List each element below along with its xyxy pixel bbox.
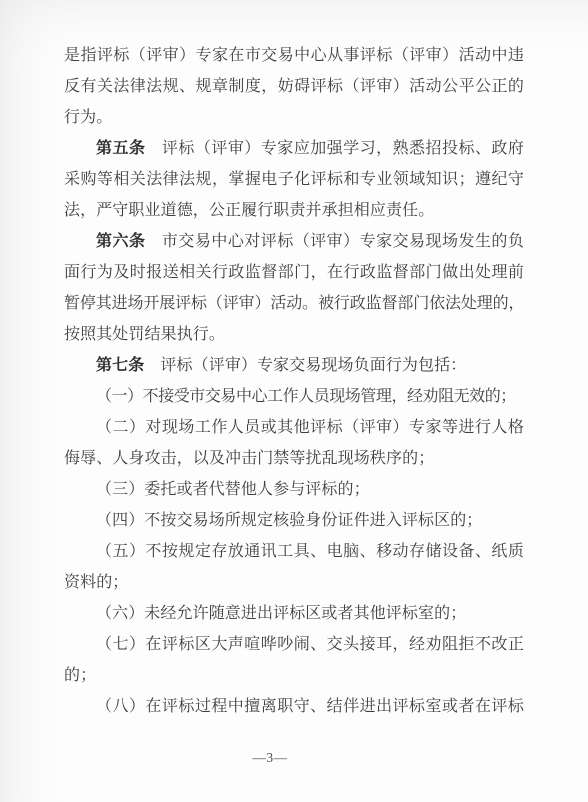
paragraph: （四）不按交易场所规定核验身份证件进入评标区的；	[64, 505, 524, 536]
paragraph: 第六条 市交易中心对评标（评审）专家交易现场发生的负面行为及时报送相关行政监督部…	[64, 226, 524, 350]
page-number: —3—	[0, 750, 540, 766]
paragraph: 是指评标（评审）专家在市交易中心从事评标（评审）活动中违反有关法律法规、规章制度…	[64, 40, 524, 133]
text-line: 反有关法律法规、规章制度，妨碍评标（评审）活动公平公正的	[64, 71, 524, 102]
document-page: 是指评标（评审）专家在市交易中心从事评标（评审）活动中违反有关法律法规、规章制度…	[0, 0, 588, 802]
text-line: （三）委托或者代替他人参与评标的；	[64, 474, 524, 505]
text-line: 的；	[64, 660, 524, 691]
article-number-label: 第七条	[96, 357, 144, 374]
paragraph: （三）委托或者代替他人参与评标的；	[64, 474, 524, 505]
text-line: 资料的；	[64, 567, 524, 598]
text-line: （二）对现场工作人员或其他评标（评审）专家等进行人格	[64, 412, 524, 443]
text-line: 第五条 评标（评审）专家应加强学习，熟悉招投标、政府	[64, 133, 524, 164]
text-line: （五）不按规定存放通讯工具、电脑、移动存储设备、纸质	[64, 536, 524, 567]
text-line: （一）不接受市交易中心工作人员现场管理，经劝阻无效的；	[64, 381, 524, 412]
text-line: 面行为及时报送相关行政监督部门，在行政监督部门做出处理前	[64, 257, 524, 288]
text-line: 是指评标（评审）专家在市交易中心从事评标（评审）活动中违	[64, 40, 524, 71]
text-line: 第七条 评标（评审）专家交易现场负面行为包括：	[64, 350, 524, 381]
document-body: 是指评标（评审）专家在市交易中心从事评标（评审）活动中违反有关法律法规、规章制度…	[64, 40, 524, 722]
text-line: 法，严守职业道德，公正履行职责并承担相应责任。	[64, 195, 524, 226]
paragraph: 第七条 评标（评审）专家交易现场负面行为包括：	[64, 350, 524, 381]
paragraph: （八）在评标过程中擅离职守、结伴进出评标室或者在评标	[64, 691, 524, 722]
paragraph: （六）未经允许随意进出评标区或者其他评标室的；	[64, 598, 524, 629]
paragraph: （七）在评标区大声喧哗吵闹、交头接耳，经劝阻拒不改正的；	[64, 629, 524, 691]
text-line: 按照其处罚结果执行。	[64, 319, 524, 350]
paragraph: 第五条 评标（评审）专家应加强学习，熟悉招投标、政府采购等相关法律法规，掌握电子…	[64, 133, 524, 226]
text-line: 侮辱、人身攻击，以及冲击门禁等扰乱现场秩序的；	[64, 443, 524, 474]
text-line: （四）不按交易场所规定核验身份证件进入评标区的；	[64, 505, 524, 536]
paragraph: （二）对现场工作人员或其他评标（评审）专家等进行人格侮辱、人身攻击，以及冲击门禁…	[64, 412, 524, 474]
paragraph: （一）不接受市交易中心工作人员现场管理，经劝阻无效的；	[64, 381, 524, 412]
text-line: （六）未经允许随意进出评标区或者其他评标室的；	[64, 598, 524, 629]
text-line: 暂停其进场开展评标（评审）活动。被行政监督部门依法处理的，	[64, 288, 524, 319]
article-number-label: 第五条	[96, 140, 145, 157]
text-line: （八）在评标过程中擅离职守、结伴进出评标室或者在评标	[64, 691, 524, 722]
text-line: 采购等相关法律法规，掌握电子化评标和专业领域知识；遵纪守	[64, 164, 524, 195]
article-number-label: 第六条	[96, 233, 145, 250]
text-line: 行为。	[64, 102, 524, 133]
text-line: 第六条 市交易中心对评标（评审）专家交易现场发生的负	[64, 226, 524, 257]
text-line: （七）在评标区大声喧哗吵闹、交头接耳，经劝阻拒不改正	[64, 629, 524, 660]
paragraph: （五）不按规定存放通讯工具、电脑、移动存储设备、纸质资料的；	[64, 536, 524, 598]
